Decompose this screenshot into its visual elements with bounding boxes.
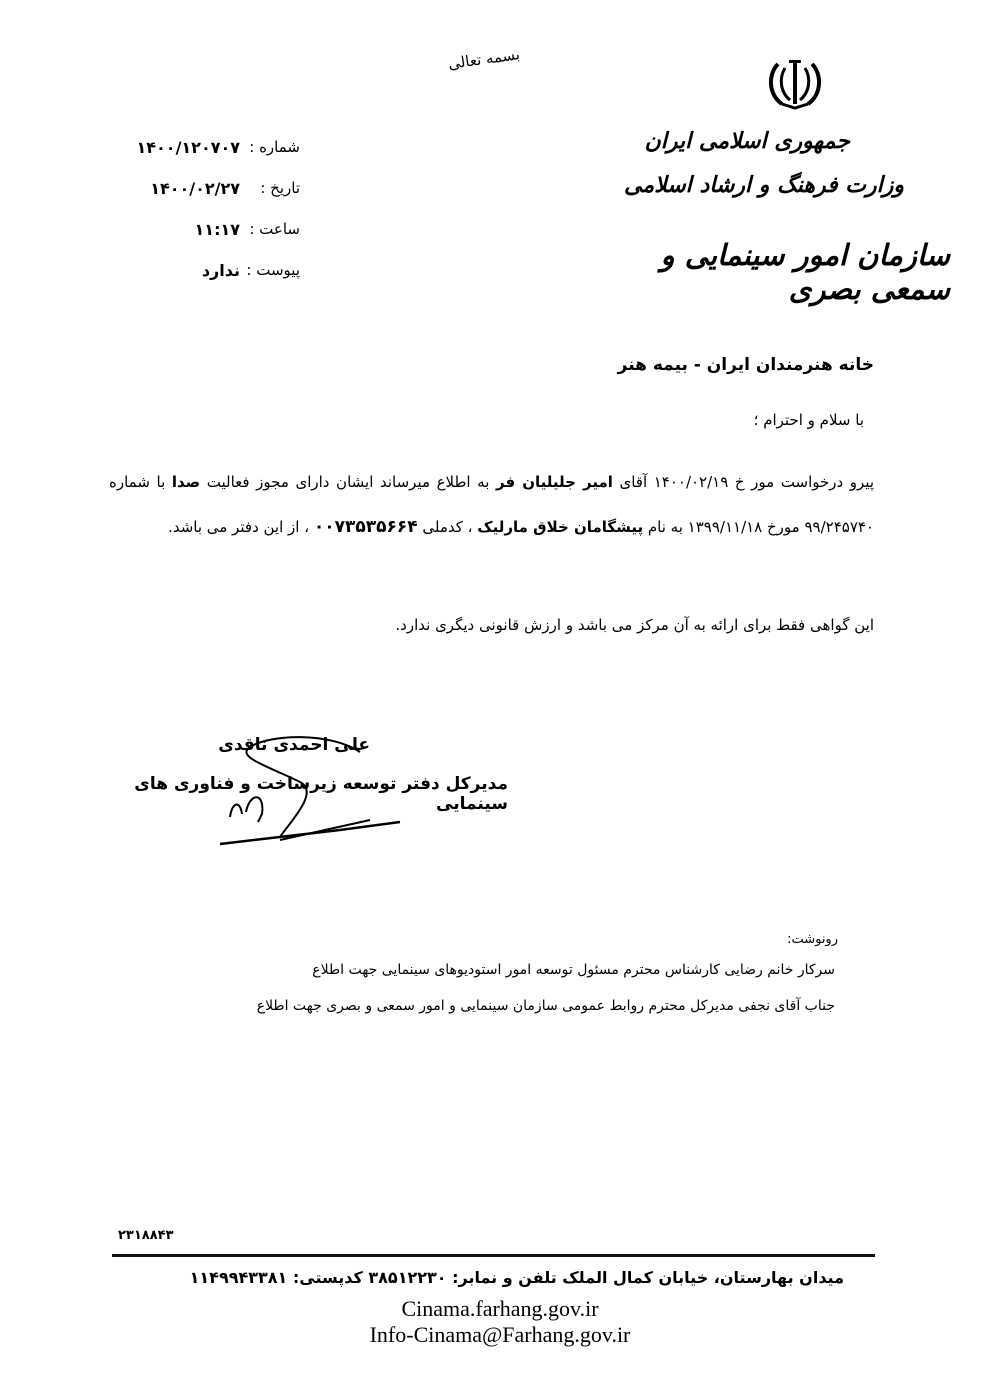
applicant-name: امیر جلیلیان فر [496, 473, 613, 491]
national-id: ۰۰۷۳۵۳۵۶۶۴ [314, 517, 418, 537]
date-value: ۱۴۰۰/۰۲/۲۷ [110, 179, 240, 198]
footer-divider [112, 1254, 875, 1257]
time-value: ۱۱:۱۷ [110, 220, 240, 239]
ministry-line-3: سازمان امور سینمایی و سمعی بصری [590, 238, 950, 306]
iran-emblem-icon [760, 58, 830, 110]
bismillah: بسمه تعالی [447, 45, 521, 73]
meta-time: ساعت : ۱۱:۱۷ [110, 220, 300, 244]
cc-line-2: جناب آقای نجفی مدیرکل محترم روابط عمومی … [257, 998, 835, 1014]
footer-address: میدان بهارستان، خیابان کمال الملک تلفن و… [190, 1268, 844, 1287]
ministry-line-1: جمهوری اسلامی ایران [490, 128, 850, 154]
company-name: پیشگامان خلاق مارلیک [477, 518, 643, 536]
meta-attachment: پیوست : ندارد [110, 261, 300, 285]
paragraph-text: پیرو درخواست مور خ ۱۴۰۰/۰۲/۱۹ آقای [613, 473, 874, 491]
attachment-label: پیوست : [246, 261, 300, 279]
greeting: با سلام و احترام ؛ [754, 411, 864, 429]
email-link[interactable]: Info-Cinama@Farhang.gov.ir [330, 1322, 670, 1348]
signatory-name: علی احمدی ناقدی [170, 735, 370, 755]
cc-label: رونوشت: [787, 932, 838, 947]
activity-type: صدا [172, 473, 200, 491]
attachment-value: ندارد [110, 261, 240, 280]
time-label: ساعت : [249, 220, 300, 238]
meta-number: شماره : ۱۴۰۰/۱۲۰۷۰۷ [110, 138, 300, 162]
meta-date: تاریخ : ۱۴۰۰/۰۲/۲۷ [110, 179, 300, 203]
number-value: ۱۴۰۰/۱۲۰۷۰۷ [110, 138, 240, 157]
cc-line-1: سرکار خانم رضایی کارشناس محترم مسئول توس… [312, 962, 835, 978]
paragraph-text: به اطلاع میرساند ایشان دارای مجوز فعالیت [200, 473, 496, 491]
paragraph-text: ، از این دفتر می باشد. [168, 518, 314, 536]
reference-number: ۲۳۱۸۸۴۳ [118, 1228, 174, 1243]
website-link[interactable]: Cinama.farhang.gov.ir [330, 1296, 670, 1322]
ministry-line-2: وزارت فرهنگ و ارشاد اسلامی [544, 172, 904, 198]
body-paragraph-1: پیرو درخواست مور خ ۱۴۰۰/۰۲/۱۹ آقای امیر … [109, 460, 874, 550]
date-label: تاریخ : [260, 179, 300, 197]
recipient: خانه هنرمندان ایران - بیمه هنر [618, 355, 874, 375]
paragraph-text: ، کدملی [418, 518, 478, 536]
number-label: شماره : [249, 138, 300, 156]
signatory-title: مدیرکل دفتر توسعه زیرساخت و فناوری های س… [78, 774, 508, 814]
body-paragraph-2: این گواهی فقط برای ارائه به آن مرکز می ب… [109, 603, 874, 648]
